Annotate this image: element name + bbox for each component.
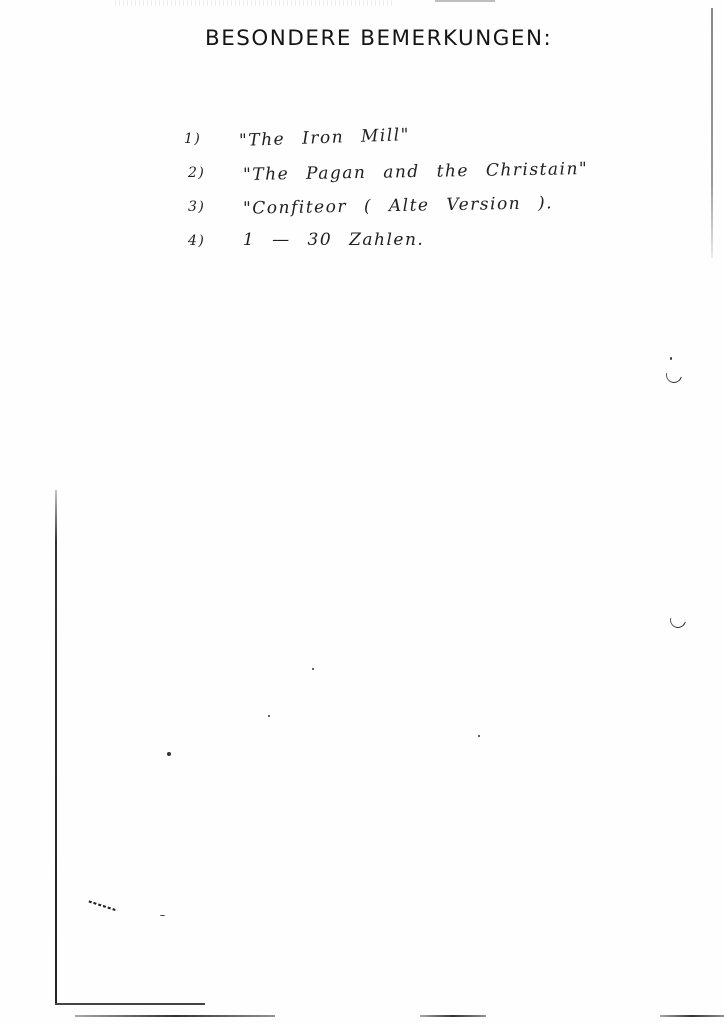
scan-speck (167, 752, 171, 756)
note-number: 4) (188, 233, 236, 249)
scan-speck (478, 735, 480, 737)
note-text: "The Iron Mill" (239, 125, 411, 151)
page-heading: BESONDERE BEMERKUNGEN: (205, 26, 552, 50)
note-number: 1) (184, 131, 232, 147)
right-margin-line (711, 8, 713, 258)
scan-speck (160, 915, 165, 916)
note-item: 3) "Confiteor ( Alte Version ). (188, 196, 553, 216)
note-item: 4) 1 — 30 Zahlen. (188, 230, 424, 250)
bottom-base-line (55, 1003, 205, 1005)
scan-speck (268, 715, 270, 717)
bottom-edge-rule (75, 1015, 275, 1017)
bottom-edge-rule (420, 1015, 486, 1017)
scan-noise (115, 0, 395, 6)
note-text: "Confiteor ( Alte Version ). (243, 193, 553, 218)
note-number: 2) (188, 165, 236, 181)
note-item: 2) "The Pagan and the Christain" (188, 162, 588, 182)
scan-speck (312, 668, 314, 670)
scan-noise (435, 0, 495, 2)
note-item: 1) "The Iron Mill" (184, 128, 410, 148)
note-text: 1 — 30 Zahlen. (243, 230, 424, 250)
note-number: 3) (188, 199, 236, 215)
note-text: "The Pagan and the Christain" (243, 159, 589, 185)
bottom-edge-rule (660, 1015, 724, 1017)
punch-hole-mark (667, 609, 689, 631)
scan-mark (88, 900, 117, 911)
punch-hole-mark (663, 364, 685, 386)
scan-speck (670, 357, 672, 360)
left-margin-line (55, 490, 57, 1003)
scanned-page: BESONDERE BEMERKUNGEN: 1) "The Iron Mill… (0, 0, 724, 1024)
